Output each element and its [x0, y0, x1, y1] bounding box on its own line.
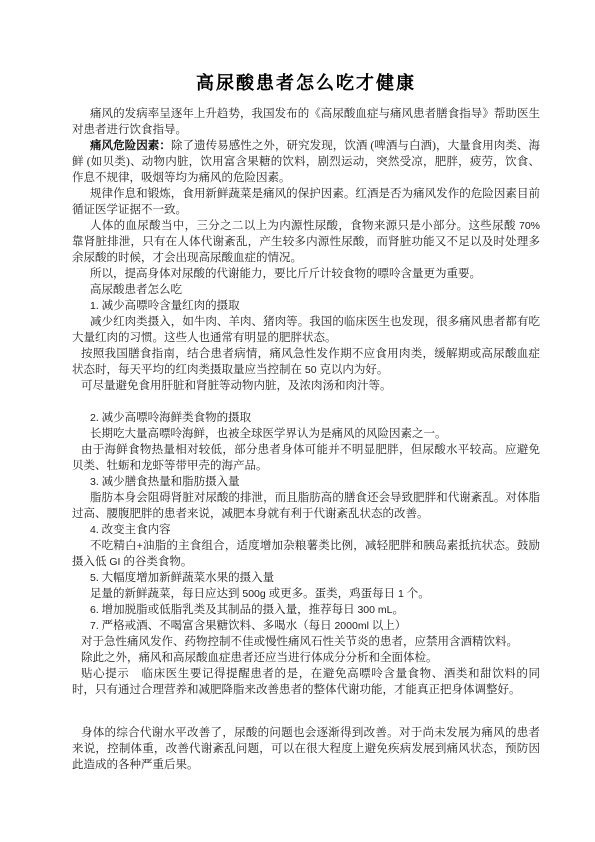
- paragraph: 按照我国膳食指南，结合患者病情，痛风急性发作期不应食用肉类，缓解期或高尿酸血症状…: [72, 346, 540, 378]
- paragraph: 4. 改变主食内容: [72, 522, 540, 538]
- paragraph: 规律作息和锻炼，食用新鲜蔬菜是痛风的保护因素。红酒是否为痛风发作的危险因素目前循…: [72, 186, 540, 218]
- paragraph: 由于海鲜食物热量相对较低，部分患者身体可能并不明显肥胖，但尿酸水平较高。应避免贝…: [72, 442, 540, 474]
- paragraph: 6. 增加脱脂或低脂乳类及其制品的摄入量，推荐每日 300 mL。: [72, 602, 540, 618]
- latin-text: +: [137, 540, 143, 552]
- latin-text: 2000ml: [334, 620, 368, 632]
- paragraph: 2. 减少高嘌呤海鲜类食物的摄取: [72, 410, 540, 426]
- paragraph: 1. 减少高嘌呤含量红肉的摄取: [72, 298, 540, 314]
- latin-text: 70%: [519, 220, 540, 232]
- paragraph: 不吃精白+油脂的主食组合，适度增加杂粮薯类比例，减轻肥胖和胰岛素抵抗状态。鼓励摄…: [72, 538, 540, 570]
- paragraph: 可尽量避免食用肝脏和肾脏等动物内脏，及浓肉汤和肉汁等。: [72, 378, 540, 394]
- latin-text: GI: [109, 556, 120, 568]
- latin-text: 6: [90, 604, 96, 616]
- paragraph: 减少红肉类摄入，如牛肉、羊肉、猪肉等。我国的临床医生也发现，很多痛风患者都有吃大…: [72, 314, 540, 346]
- paragraph: 长期吃大量高嘌呤海鲜，也被全球医学界认为是痛风的风险因素之一。: [72, 426, 540, 442]
- paragraph: 脂肪本身会阻碍肾脏对尿酸的排泄，而且脂肪高的膳食还会导致肥胖和代谢紊乱。对体脂过…: [72, 490, 540, 522]
- document-page: 高尿酸患者怎么吃才健康 痛风的发病率呈逐年上升趋势，我国发布的《高尿酸血症与痛风…: [0, 0, 595, 842]
- paragraph: 人体的血尿酸当中，三分之二以上为内源性尿酸，食物来源只是小部分。这些尿酸 70%…: [72, 218, 540, 266]
- latin-text: 3: [90, 476, 96, 488]
- paragraph: 所以，提高身体对尿酸的代谢能力，要比斤斤计较食物的嘌呤含量更为重要。: [72, 266, 540, 282]
- paragraph: 身体的综合代谢水平改善了，尿酸的问题也会逐渐得到改善。对于尚未发展为痛风的患者来…: [72, 725, 540, 773]
- paragraph: 7. 严格戒酒、不喝富含果糖饮料、多喝水（每日 2000ml 以上）: [72, 618, 540, 634]
- paragraph: 痛风危险因素：除了遗传易感性之外，研究发现，饮酒 (啤酒与白酒)，大量食用肉类、…: [72, 138, 540, 186]
- paragraph: 5. 大幅度增加新鲜蔬菜水果的摄入量: [72, 570, 540, 586]
- latin-text: 4: [90, 524, 96, 536]
- paragraph: 高尿酸患者怎么吃: [72, 282, 540, 298]
- document-body: 痛风的发病率呈逐年上升趋势，我国发布的《高尿酸血症与痛风患者膳食指导》帮助医生对…: [72, 106, 540, 773]
- paragraph: 除此之外，痛风和高尿酸血症患者还应当进行体成分分析和全面体检。: [72, 650, 540, 666]
- document-title: 高尿酸患者怎么吃才健康: [72, 72, 540, 94]
- latin-text: 5: [90, 572, 96, 584]
- paragraph: 对于急性痛风发作、药物控制不佳或慢性痛风石性关节炎的患者，应禁用含酒精饮料。: [72, 634, 540, 650]
- latin-text: 7: [90, 620, 96, 632]
- latin-text: 2: [90, 412, 96, 424]
- latin-text: 50: [305, 364, 317, 376]
- paragraph: 痛风的发病率呈逐年上升趋势，我国发布的《高尿酸血症与痛风患者膳食指导》帮助医生对…: [72, 106, 540, 138]
- paragraph: 足量的新鲜蔬菜，每日应达到 500g 或更多。蛋类，鸡蛋每日 1 个。: [72, 586, 540, 602]
- latin-text: 500g: [242, 588, 265, 600]
- paragraph-lead: 痛风危险因素：: [90, 140, 171, 152]
- latin-text: 1: [90, 300, 96, 312]
- latin-text: 300: [357, 604, 375, 616]
- paragraph: 贴心提示 临床医生要记得提醒患者的是，在避免高嘌呤含量食物、酒类和甜饮料的同时，…: [72, 666, 540, 698]
- latin-text: 1: [398, 588, 404, 600]
- paragraph: 3. 减少膳食热量和脂肪摄入量: [72, 474, 540, 490]
- latin-text: mL: [378, 604, 393, 616]
